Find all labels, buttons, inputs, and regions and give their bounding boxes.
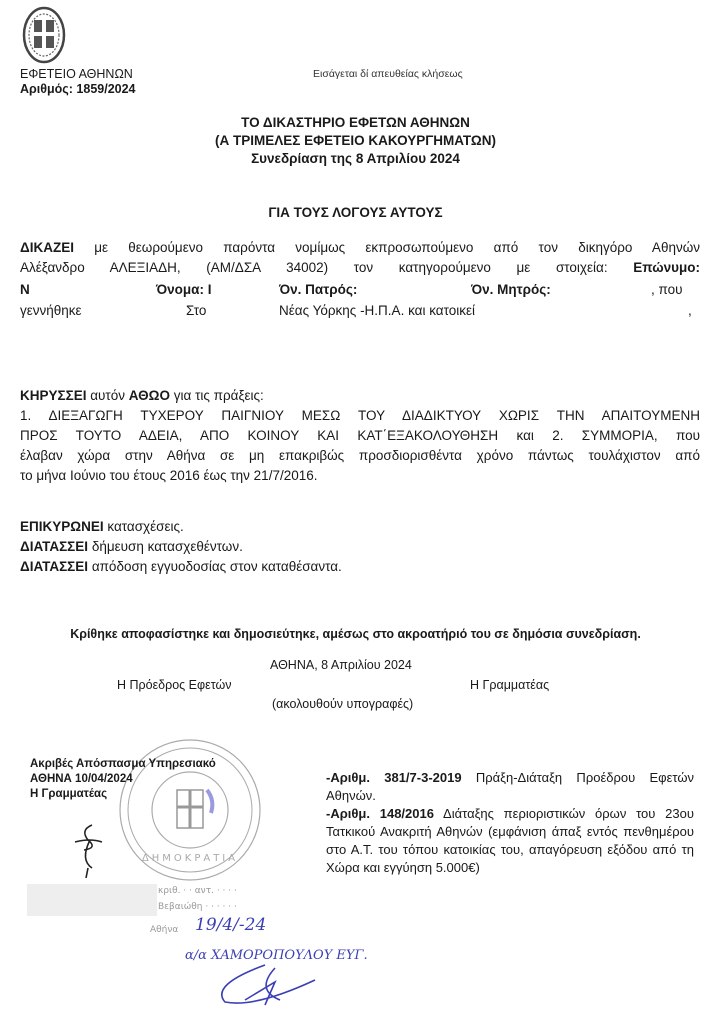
reference-item: -Αριθμ. 148/2016 Διάταξης περιοριστικών … bbox=[326, 805, 694, 877]
acquittal-verdict: ΑΘΩΟ bbox=[129, 388, 170, 403]
surname-value: Ν bbox=[20, 281, 30, 300]
redacted-area bbox=[27, 884, 157, 916]
secretary-signature-icon bbox=[70, 820, 110, 880]
stamp-faded-line: κριθ. · · αντ. · · · · bbox=[158, 886, 237, 896]
judgment-keyword: ΔΙΚΑΖΕΙ bbox=[20, 240, 74, 255]
session-date: Συνεδρίαση της 8 Απριλίου 2024 bbox=[0, 150, 711, 168]
svg-text:ΔΗΜΟΚΡΑΤΙΑ: ΔΗΜΟΚΡΑΤΙΑ bbox=[142, 853, 238, 864]
surname-label: Επώνυμο: bbox=[633, 260, 700, 275]
charges-line: το μήνα Ιούνιο του έτους 2016 έως την 21… bbox=[20, 467, 700, 486]
judgment-line-2: Αλέξανδρο ΑΛΕΞΙΑΔΗ, (ΑΜ/ΔΣΑ 34002) τον κ… bbox=[20, 259, 700, 278]
order-item: ΔΙΑΤΑΣΣΕΙ απόδοση εγγυοδοσίας στον καταθ… bbox=[20, 558, 700, 577]
court-name: ΕΦΕΤΕΙΟ ΑΘΗΝΩΝ bbox=[20, 67, 133, 81]
signature-secretary: Η Γραμματέας bbox=[470, 678, 549, 692]
father-name-label: Όν. Πατρός: bbox=[279, 281, 357, 300]
case-number: Αριθμός: 1859/2024 bbox=[20, 82, 136, 96]
signatures-note: (ακολουθούν υπογραφές) bbox=[272, 697, 413, 711]
handwritten-date: 19/4/-24 bbox=[195, 915, 266, 935]
court-title: ΤΟ ΔΙΚΑΣΤΗΡΙΟ ΕΦΕΤΩΝ ΑΘΗΝΩΝ bbox=[0, 114, 711, 132]
greek-coat-of-arms-icon bbox=[22, 6, 66, 64]
section-heading: ΓΙΑ ΤΟΥΣ ΛΟΓΟΥΣ ΑΥΤΟΥΣ bbox=[0, 204, 711, 222]
verdict-statement: Κρίθηκε αποφασίστηκε και δημοσιεύτηκε, α… bbox=[0, 627, 711, 641]
copy-certification: Ακριβές Απόσπασμα Υπηρεσιακό ΑΘΗΝΑ 10/04… bbox=[30, 757, 216, 802]
ink-signature-icon bbox=[205, 960, 345, 1010]
born-label: γεννήθηκε bbox=[20, 302, 82, 321]
charges-line: έλαβαν χώρα στην Αθήνα σε μη επακριβώς π… bbox=[20, 447, 700, 466]
name-label: Όνομα: Ι bbox=[156, 281, 211, 300]
judgment-line-1: ΔΙΚΑΖΕΙ με θεωρούμενο παρόντα νομίμως εκ… bbox=[20, 239, 700, 258]
signature-president: Η Πρόεδρος Εφετών bbox=[117, 678, 231, 692]
charges-line: ΠΡΟΣ ΤΟΥΤΟ ΑΔΕΙΑ, ΑΠΟ ΚΟΙΝΟΥ ΚΑΙ ΚΑΤ΄ΕΞΑ… bbox=[20, 427, 700, 446]
mother-name-label: Όν. Μητρός: bbox=[471, 281, 551, 300]
birthplace: Νέας Υόρκης -Η.Π.Α. και κατοικεί bbox=[279, 302, 475, 321]
references-block: -Αριθμ. 381/7-3-2019 Πράξη-Διάταξη Προέδ… bbox=[326, 769, 694, 877]
intro-note: Εισάγεται δί απευθείας κλήσεως bbox=[313, 68, 463, 80]
charges-line: 1. ΔΙΕΞΑΓΩΓΗ ΤΥΧΕΡΟΥ ΠΑΙΓΝΙΟΥ ΜΕΣΩ ΤΟΥ Δ… bbox=[20, 407, 700, 426]
reference-item: -Αριθμ. 381/7-3-2019 Πράξη-Διάταξη Προέδ… bbox=[326, 769, 694, 805]
stamp-faded-line: Βεβαιώθη · · · · · · bbox=[158, 902, 237, 912]
court-subtitle: (Α ΤΡΙΜΕΛΕΣ ΕΦΕΤΕΙΟ ΚΑΚΟΥΡΓΗΜΑΤΩΝ) bbox=[0, 132, 711, 150]
acquittal-heading: ΚΗΡΥΣΣΕΙ αυτόν ΑΘΩΟ για τις πράξεις: bbox=[20, 387, 700, 406]
signature-place-date: ΑΘΗΝΑ, 8 Απριλίου 2024 bbox=[270, 658, 412, 672]
stamp-faded-line: Αθήνα bbox=[150, 925, 178, 935]
order-item: ΕΠΙΚΥΡΩΝΕΙ κατασχέσεις. bbox=[20, 518, 700, 537]
order-item: ΔΙΑΤΑΣΣΕΙ δήμευση κατασχεθέντων. bbox=[20, 538, 700, 557]
